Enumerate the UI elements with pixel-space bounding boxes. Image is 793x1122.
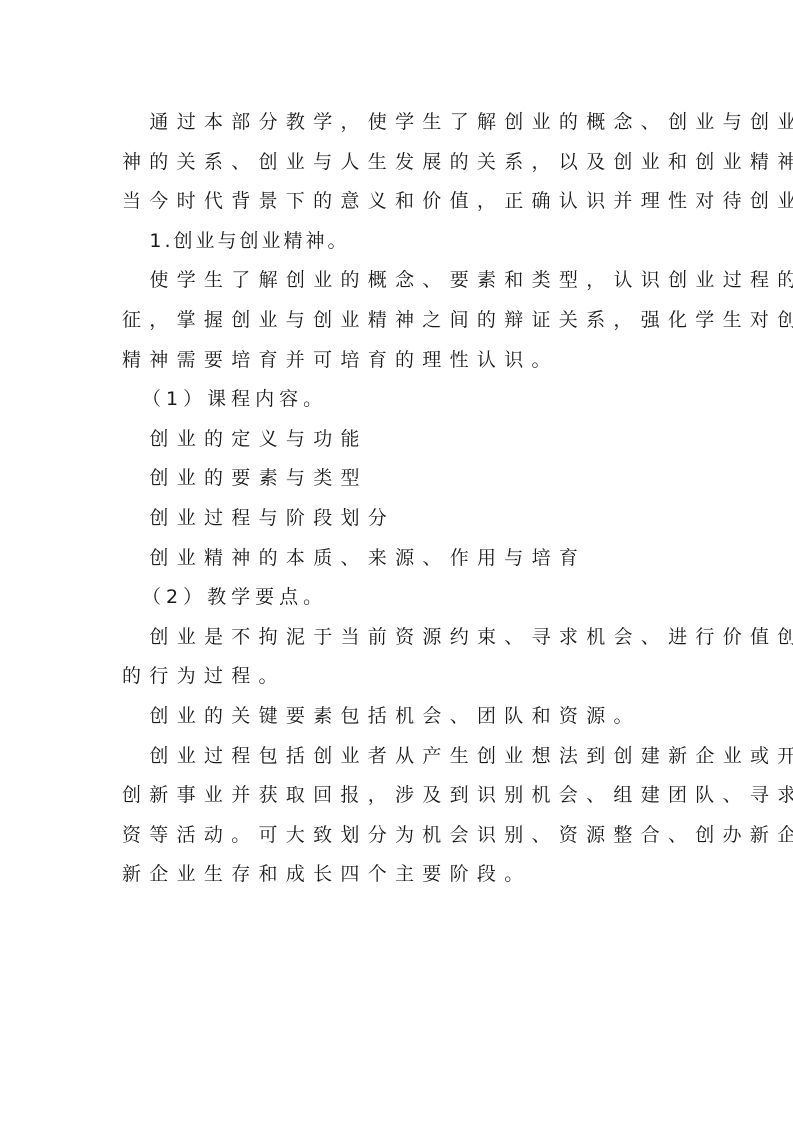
content-item: 创业过程与阶段划分 [122, 499, 682, 539]
text-line: 当今时代背景下的意义和价值，正确认识并理性对待创业。 [122, 182, 682, 222]
text-line: 的行为过程。 [122, 657, 682, 697]
text-line: 新企业生存和成长四个主要阶段。 [122, 855, 682, 895]
text-line: 使学生了解创业的概念、要素和类型，认识创业过程的特 [122, 261, 682, 301]
text-line: （2）教学要点。 [122, 578, 682, 618]
intro-paragraph: 通过本部分教学，使学生了解创业的概念、创业与创业精 神的关系、创业与人生发展的关… [122, 103, 682, 222]
text-line: 创业过程包括创业者从产生创业想法到创建新企业或开 [122, 737, 682, 777]
text-line: 1.创业与创业精神。 [122, 222, 682, 262]
key-point-paragraph: 创业的关键要素包括机会、团队和资源。 [122, 697, 682, 737]
content-item: 创业的定义与功能 [122, 420, 682, 460]
text-line: 创业的要素与类型 [122, 459, 682, 499]
key-point-paragraph: 创业过程包括创业者从产生创业想法到创建新企业或开 创新事业并获取回报，涉及到识别… [122, 737, 682, 895]
text-line: 精神需要培育并可培育的理性认识。 [122, 341, 682, 381]
text-line: 通过本部分教学，使学生了解创业的概念、创业与创业精 [122, 103, 682, 143]
text-line: 创业的定义与功能 [122, 420, 682, 460]
content-item: 创业的要素与类型 [122, 459, 682, 499]
key-points-heading: （2）教学要点。 [122, 578, 682, 618]
text-line: 征，掌握创业与创业精神之间的辩证关系，强化学生对创业 [122, 301, 682, 341]
course-content-heading: （1）课程内容。 [122, 380, 682, 420]
key-point-paragraph: 创业是不拘泥于当前资源约束、寻求机会、进行价值创造 的行为过程。 [122, 618, 682, 697]
text-line: （1）课程内容。 [122, 380, 682, 420]
section-goal-paragraph: 使学生了解创业的概念、要素和类型，认识创业过程的特 征，掌握创业与创业精神之间的… [122, 261, 682, 380]
text-line: 创业精神的本质、来源、作用与培育 [122, 539, 682, 579]
text-line: 创新事业并获取回报，涉及到识别机会、组建团队、寻求融 [122, 776, 682, 816]
text-line: 资等活动。可大致划分为机会识别、资源整合、创办新企业、 [122, 816, 682, 856]
text-line: 创业过程与阶段划分 [122, 499, 682, 539]
document-page: 通过本部分教学，使学生了解创业的概念、创业与创业精 神的关系、创业与人生发展的关… [122, 103, 682, 895]
text-line: 创业的关键要素包括机会、团队和资源。 [122, 697, 682, 737]
text-line: 神的关系、创业与人生发展的关系，以及创业和创业精神在 [122, 143, 682, 183]
content-item: 创业精神的本质、来源、作用与培育 [122, 539, 682, 579]
text-line: 创业是不拘泥于当前资源约束、寻求机会、进行价值创造 [122, 618, 682, 658]
section-heading: 1.创业与创业精神。 [122, 222, 682, 262]
